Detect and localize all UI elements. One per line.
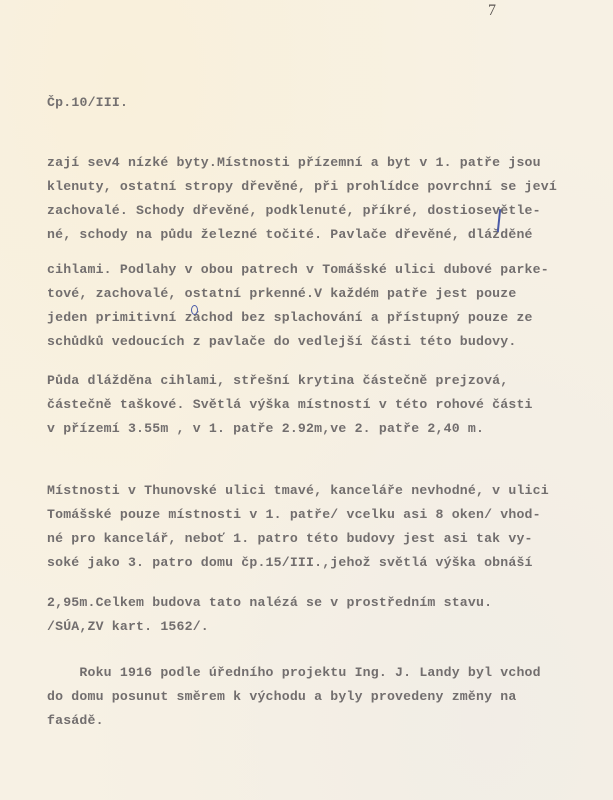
body-line: /SÚA,ZV kart. 1562/. — [47, 619, 209, 634]
body-line: klenuty, ostatní stropy dřevěné, při pro… — [47, 179, 557, 194]
body-line: cihlami. Podlahy v obou patrech v Tomášs… — [47, 262, 549, 277]
body-line: v přízemí 3.55m , v 1. patře 2.92m,ve 2.… — [47, 421, 484, 436]
body-line: zají sev4 nízké byty.Místnosti přízemní … — [47, 155, 541, 170]
pen-circle-mark — [191, 305, 198, 315]
page-number: 7 — [488, 2, 496, 20]
body-line: schůdků vedoucích z pavlače do vedlejší … — [47, 334, 516, 349]
document-page: 7 Čp.10/III. zají sev4 nízké byty.Místno… — [0, 0, 613, 800]
body-line: 2,95m.Celkem budova tato nalézá se v pro… — [47, 595, 492, 610]
body-line: do domu posunut směrem k východu a byly … — [47, 689, 516, 704]
body-line: tové, zachovalé, ostatní prkenné.V každé… — [47, 286, 516, 301]
body-line: zachovalé. Schody dřevěné, podklenuté, p… — [47, 203, 541, 218]
body-line: Půda dlážděna cihlami, střešní krytina č… — [47, 373, 508, 388]
body-line: soké jako 3. patro domu čp.15/III.,jehož… — [47, 555, 533, 570]
body-line: Roku 1916 podle úředního projektu Ing. J… — [47, 665, 541, 680]
body-line: fasádě. — [47, 713, 104, 728]
body-line: né pro kancelář, neboť 1. patro této bud… — [47, 531, 533, 546]
body-line: Místnosti v Thunovské ulici tmavé, kance… — [47, 483, 549, 498]
body-line: jeden primitivní záchod bez splachování … — [47, 310, 533, 325]
section-heading: Čp.10/III. — [47, 95, 128, 110]
body-line: částečně taškové. Světlá výška místností… — [47, 397, 533, 412]
body-line: né, schody na půdu železné točité. Pavla… — [47, 227, 533, 242]
body-line: Tomášské pouze místnosti v 1. patře/ vce… — [47, 507, 541, 522]
